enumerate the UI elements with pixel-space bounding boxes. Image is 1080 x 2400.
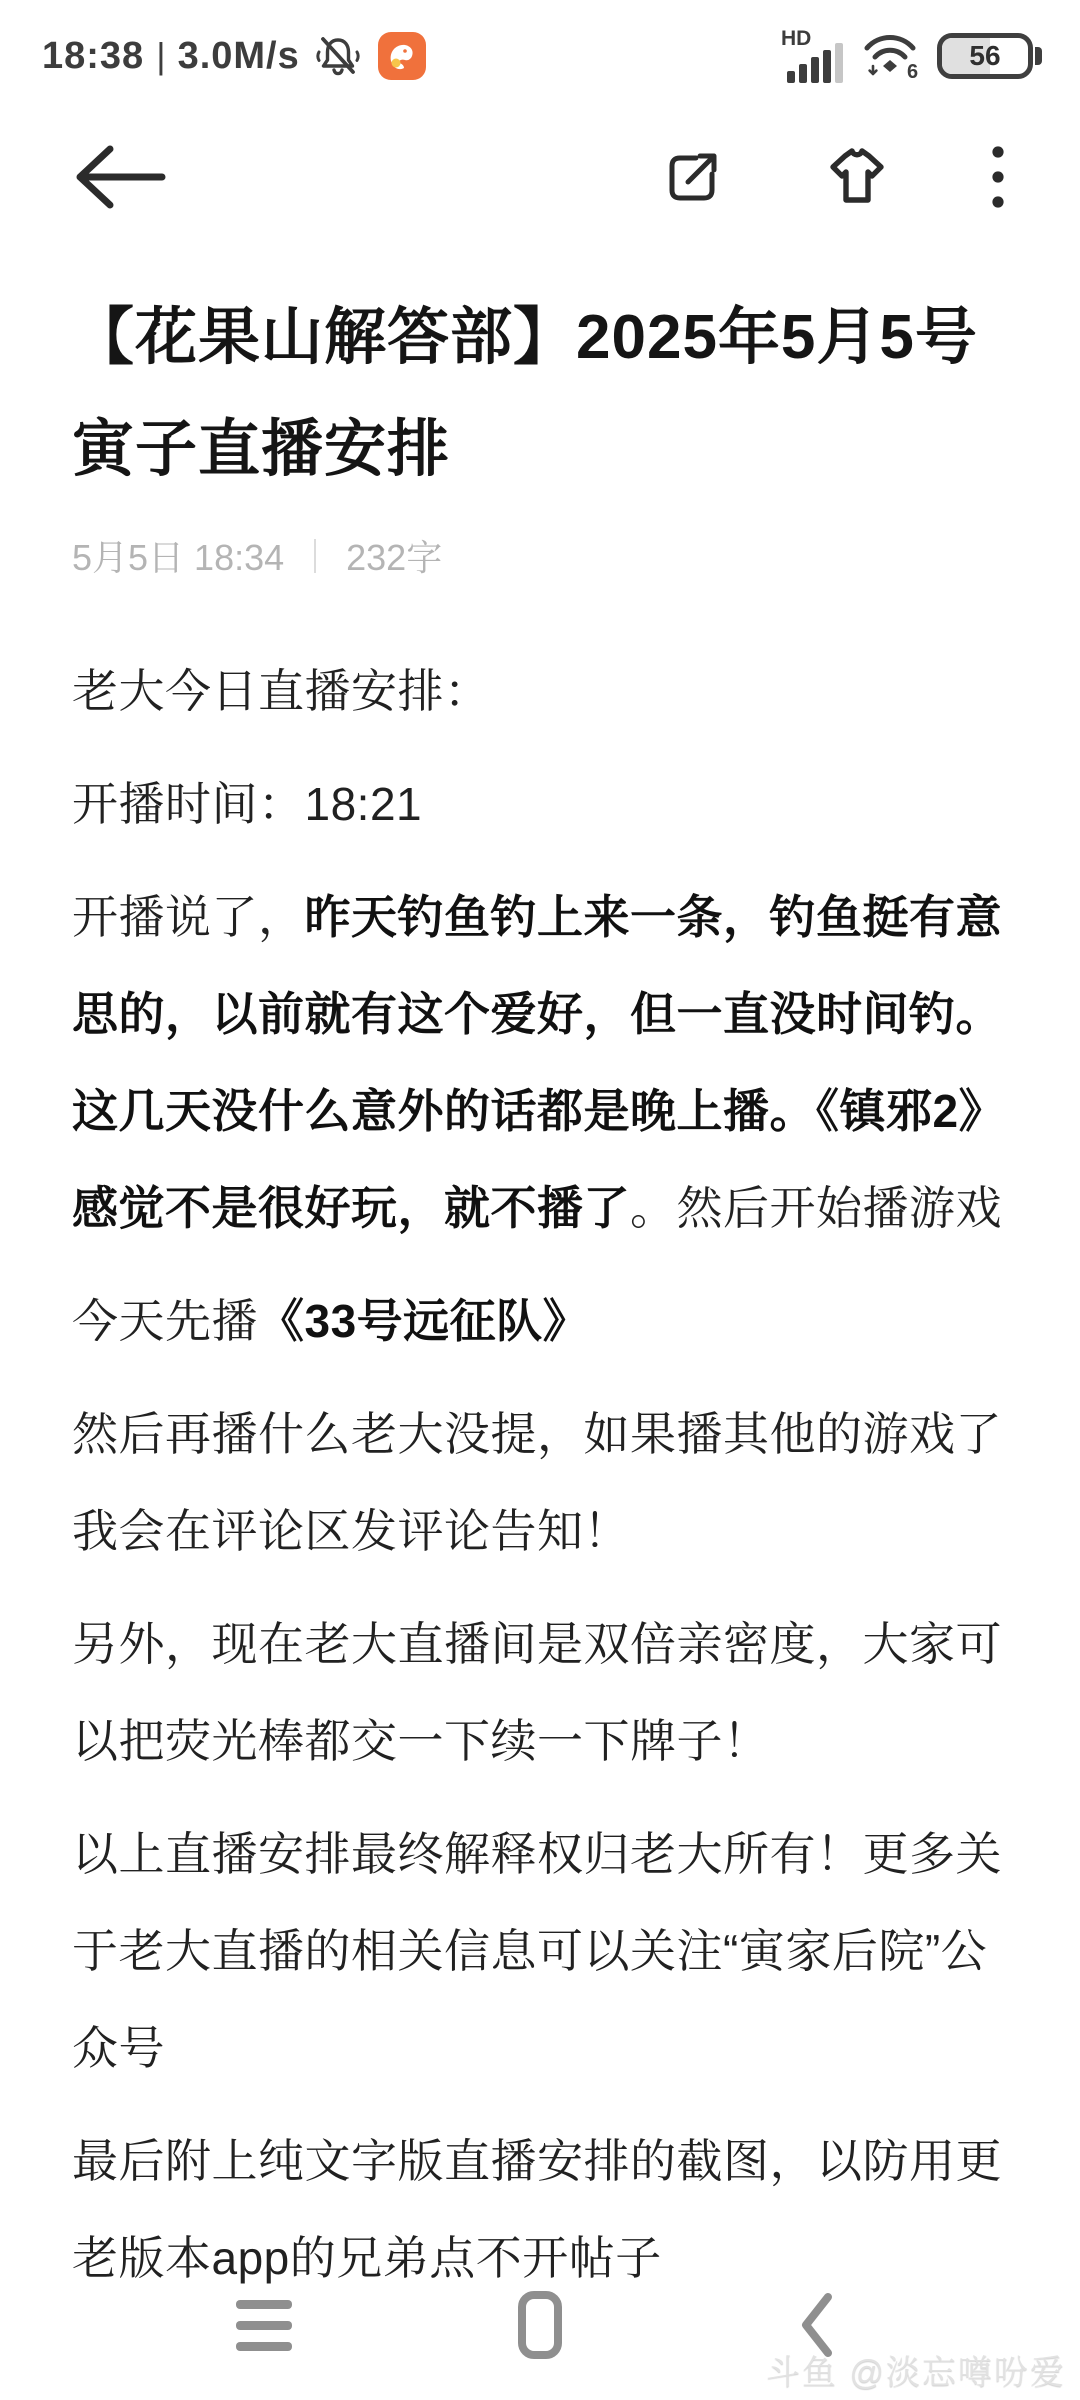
home-button[interactable] <box>495 2280 585 2370</box>
paragraph: 今天先播《33号远征队》 <box>72 1273 1008 1370</box>
meta-divider <box>314 539 316 573</box>
paragraph: 开播说了，昨天钓鱼钓上来一条，钓鱼挺有意思的，以前就有这个爱好，但一直没时间钓。… <box>72 869 1008 1257</box>
mute-bell-icon <box>314 32 362 80</box>
word-count: 232字 <box>346 530 442 581</box>
hd-label: HD <box>781 27 811 51</box>
menu-icon <box>236 2300 292 2351</box>
post-date: 5月5日 18:34 <box>72 530 284 581</box>
post-title: 【花果山解答部】2025年5月5号寅子直播安排 <box>72 282 1008 506</box>
toolbar <box>0 102 1080 252</box>
svg-text:6: 6 <box>907 61 918 80</box>
battery-percent: 56 <box>969 40 1000 72</box>
douyu-app-badge-icon <box>378 32 426 80</box>
paragraph: 另外，现在老大直播间是双倍亲密度，大家可以把荧光棒都交一下续一下牌子！ <box>72 1596 1008 1790</box>
post-body: 老大今日直播安排： 开播时间：18:21 开播说了，昨天钓鱼钓上来一条，钓鱼挺有… <box>72 643 1008 2307</box>
watermark: 斗鱼 @淡忘噂吩爱 <box>766 2345 1066 2394</box>
wifi-icon: 6 <box>859 28 921 85</box>
status-bar: 18:38 | 3.0M/s HD <box>0 0 1080 102</box>
paragraph: 老大今日直播安排： <box>72 643 1008 740</box>
cell-signal-icon: HD <box>787 29 843 83</box>
article: 【花果山解答部】2025年5月5号寅子直播安排 5月5日 18:34 232字 … <box>0 282 1080 2307</box>
back-button[interactable] <box>70 141 170 213</box>
battery-icon: 56 <box>937 33 1042 79</box>
post-meta: 5月5日 18:34 232字 <box>72 530 1008 581</box>
home-icon <box>518 2291 562 2359</box>
paragraph: 开播时间：18:21 <box>72 756 1008 853</box>
tshirt-button[interactable] <box>824 146 890 208</box>
share-button[interactable] <box>662 146 724 208</box>
paragraph: 以上直播安排最终解释权归老大所有！更多关于老大直播的相关信息可以关注“寅家后院”… <box>72 1806 1008 2097</box>
clock-time: 18:38 <box>42 35 144 78</box>
network-speed: 3.0M/s <box>178 35 300 78</box>
status-separator: | <box>156 35 165 77</box>
paragraph: 然后再播什么老大没提，如果播其他的游戏了我会在评论区发评论告知！ <box>72 1386 1008 1580</box>
more-menu-button[interactable] <box>990 144 1006 210</box>
recents-button[interactable] <box>219 2280 309 2370</box>
